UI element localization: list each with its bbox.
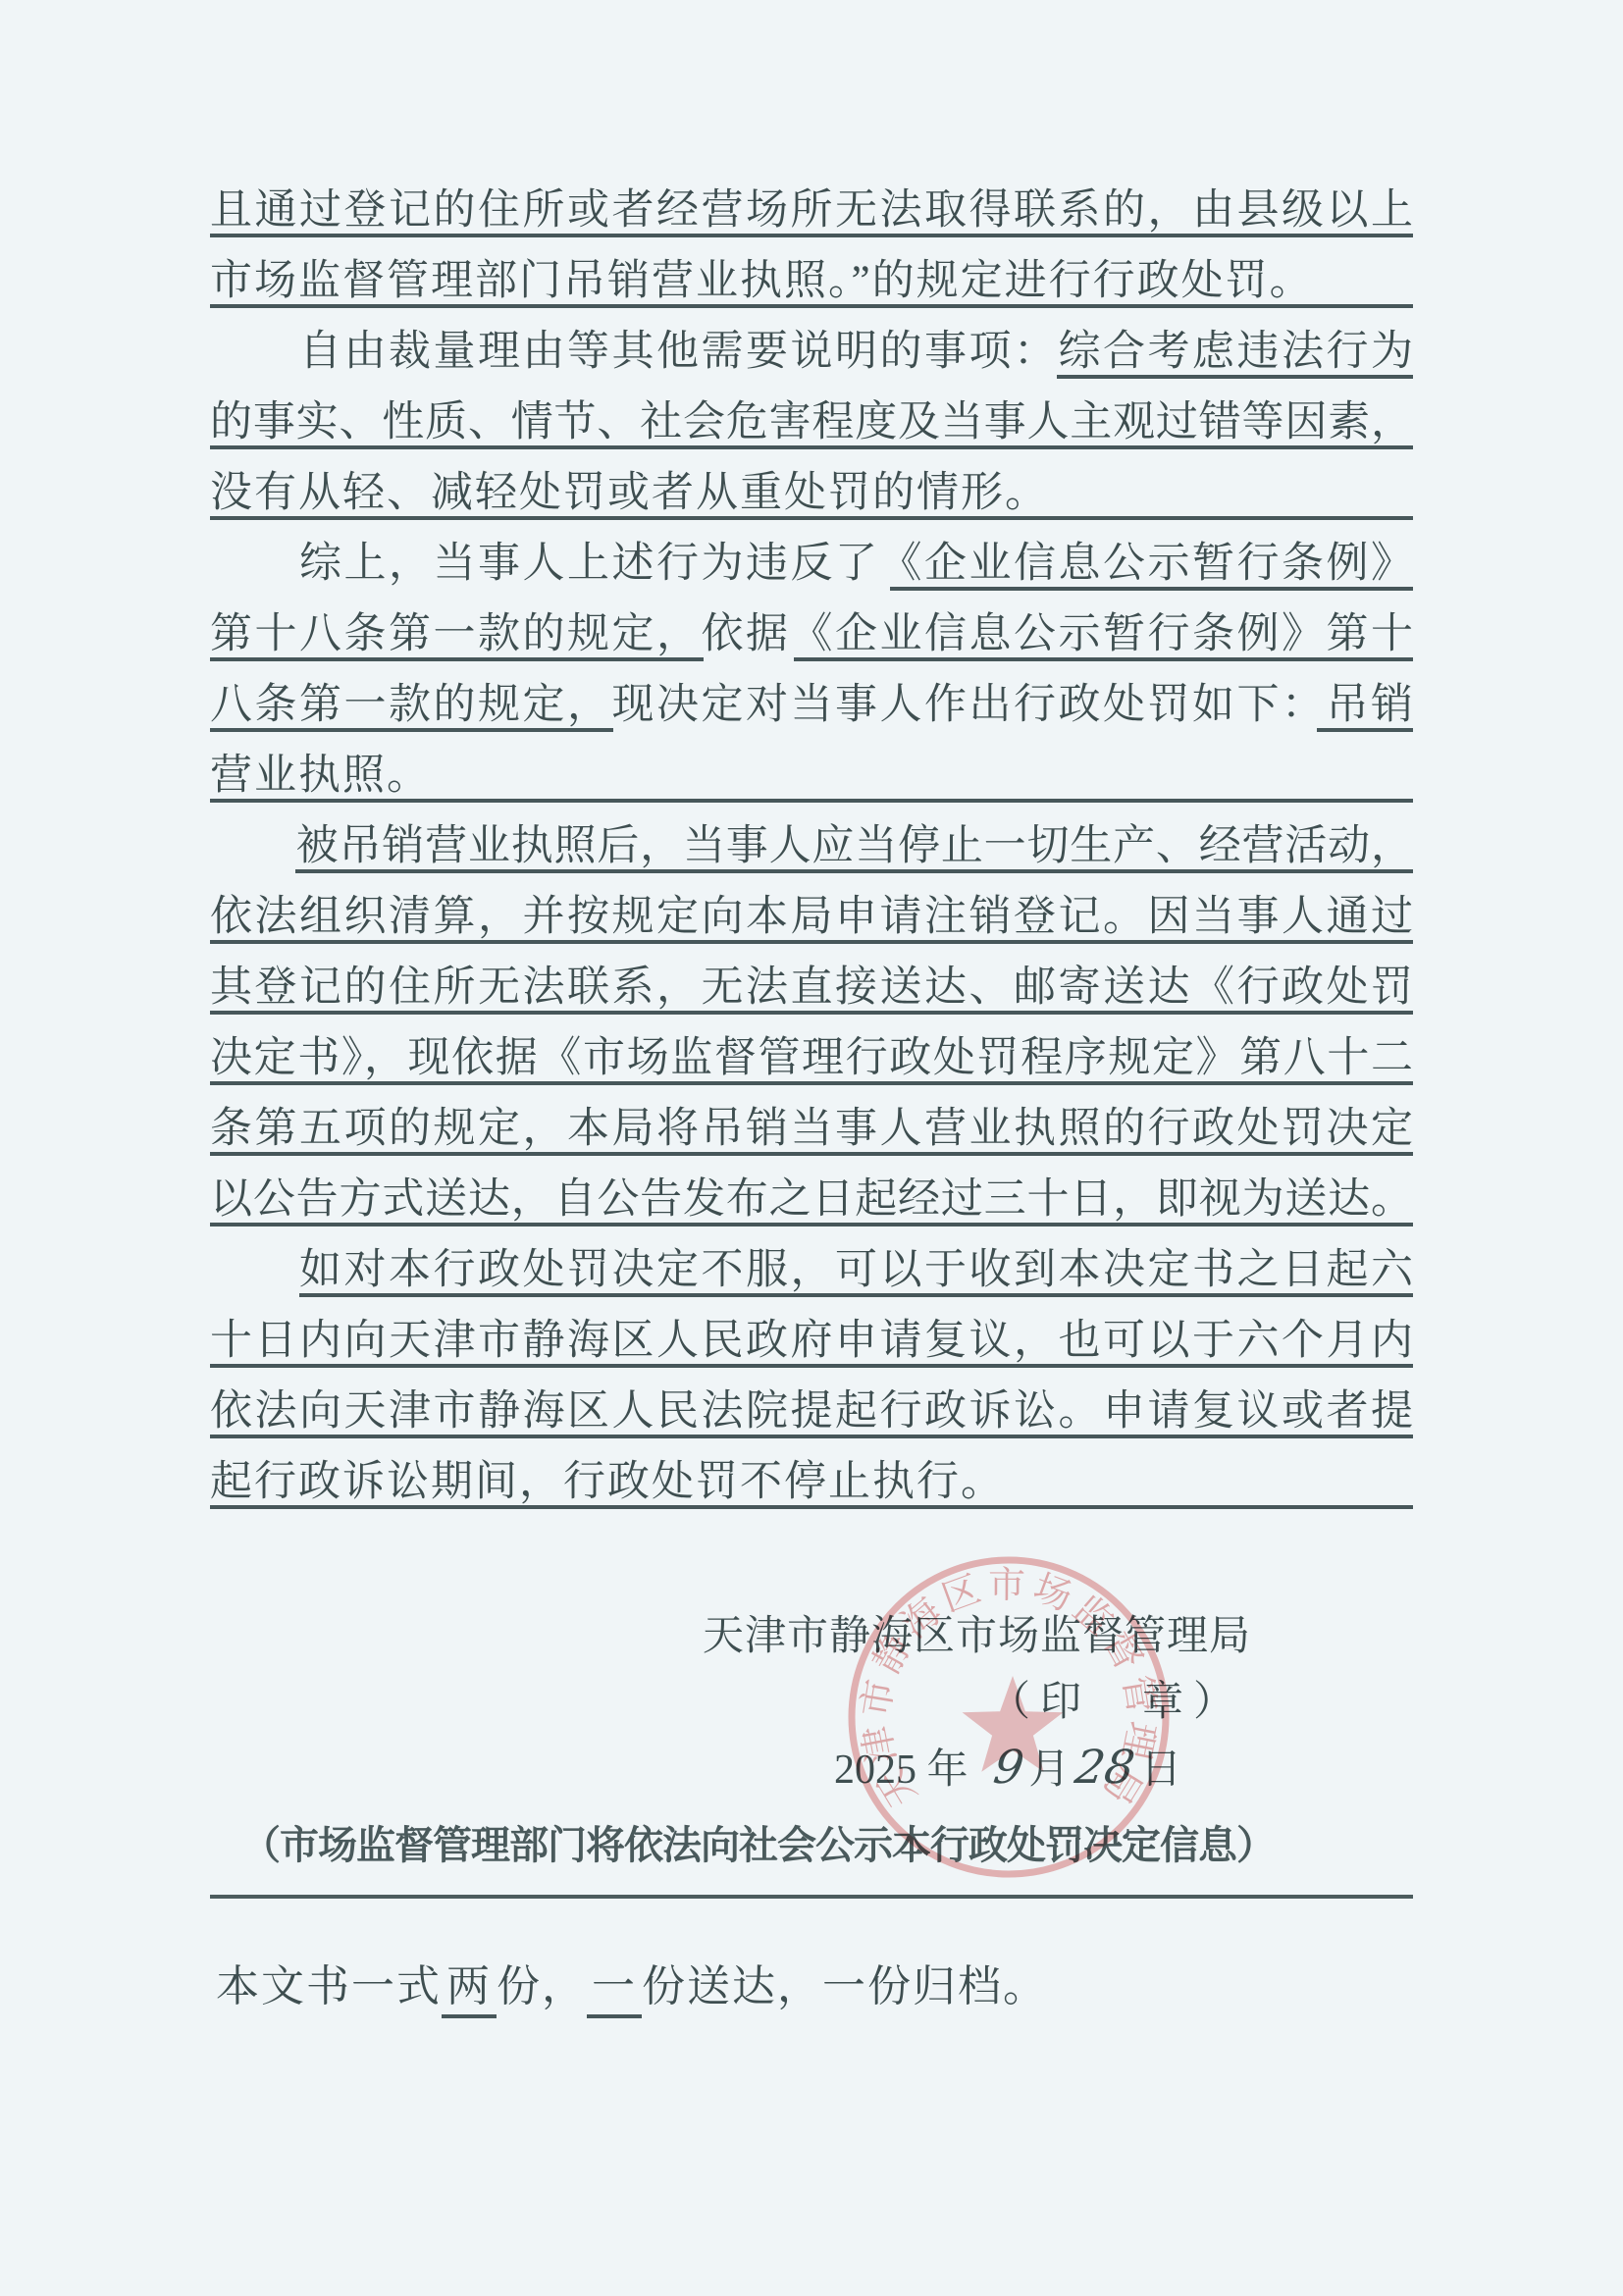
body-line: 起行政诉讼期间，行政处罚不停止执行。 — [210, 1447, 1413, 1518]
body-line-text: 第十八条第一款的规定，依据《企业信息公示暂行条例》第十 — [210, 611, 1413, 657]
body-line: 自由裁量理由等其他需要说明的事项：综合考虑违法行为 — [210, 317, 1413, 388]
date-month-handwritten: 9 — [988, 1733, 1027, 1803]
body-line-text: 被吊销营业执照后，当事人应当停止一切生产、经营活动， — [210, 823, 1413, 869]
body-line-text: 其登记的住所无法联系，无法直接送达、邮寄送达《行政处罚 — [210, 965, 1413, 1011]
scanned-penalty-decision-page: 且通过登记的住所或者经营场所无法取得联系的，由县级以上市场监督管理部门吊销营业执… — [0, 0, 1623, 2296]
divider — [210, 1895, 1413, 1899]
body-line-text: 以公告方式送达，自公告发布之日起经过三十日，即视为送达。 — [210, 1176, 1413, 1223]
fill-in-underline — [210, 234, 1413, 237]
fill-in-underline — [210, 1364, 1413, 1368]
body-line: 八条第一款的规定，现决定对当事人作出行政处罚如下：吊销 — [210, 670, 1413, 741]
date-day-handwritten: 28 — [1071, 1733, 1139, 1803]
body-line-text: 综上，当事人上述行为违反了《企业信息公示暂行条例》 — [210, 541, 1413, 587]
body-line-text: 市场监督管理部门吊销营业执照。”的规定进行行政处罚。 — [210, 258, 1314, 304]
body-line-text: 且通过登记的住所或者经营场所无法取得联系的，由县级以上 — [210, 187, 1413, 234]
fill-in-underline — [210, 940, 1413, 944]
body-line: 如对本行政处罚决定不服，可以于收到本决定书之日起六 — [210, 1235, 1413, 1306]
decision-date: 2025 年9月28日 — [834, 1733, 1181, 1803]
body-line-text: 没有从轻、减轻处罚或者从重处罚的情形。 — [210, 470, 1049, 516]
fill-in-underline — [210, 445, 1413, 449]
copies-note-text: 份， — [497, 1962, 587, 2010]
body-line-text: 依法向天津市静海区人民法院提起行政诉讼。申请复议或者提 — [210, 1388, 1413, 1435]
fill-in-underline — [210, 657, 704, 661]
fill-in-underline — [210, 799, 1413, 803]
body-line: 其登记的住所无法联系，无法直接送达、邮寄送达《行政处罚 — [210, 953, 1413, 1023]
fill-in-underline — [890, 587, 1413, 591]
copies-note-text: 本文书一式 — [216, 1962, 442, 2010]
fill-in-underline — [210, 1081, 1413, 1085]
date-year: 2025 年 — [834, 1748, 969, 1793]
date-month-unit: 月 — [1028, 1748, 1070, 1793]
body-line-text: 自由裁量理由等其他需要说明的事项：综合考虑违法行为 — [210, 329, 1413, 375]
body-line: 综上，当事人上述行为违反了《企业信息公示暂行条例》 — [210, 529, 1413, 600]
copies-note: 本文书一式两份，一份送达，一份归档。 — [216, 1952, 1048, 2022]
body-line-text: 营业执照。 — [210, 753, 431, 799]
fill-in-underline — [210, 516, 1413, 520]
fill-in-underline — [210, 1223, 1413, 1226]
fill-in-underline — [794, 657, 1413, 661]
body-line-text: 十日内向天津市静海区人民政府申请复议，也可以于六个月内 — [210, 1318, 1413, 1364]
fill-in-underline — [1057, 375, 1413, 379]
body-line: 被吊销营业执照后，当事人应当停止一切生产、经营活动， — [210, 811, 1413, 882]
date-day-unit: 日 — [1140, 1748, 1181, 1793]
body-line-text: 的事实、性质、情节、社会危害程度及当事人主观过错等因素， — [210, 399, 1413, 445]
fill-in-underline — [210, 304, 1413, 308]
body-line: 没有从轻、减轻处罚或者从重处罚的情形。 — [210, 458, 1413, 529]
fill-in-underline — [295, 869, 1413, 873]
body-line-text: 依法组织清算，并按规定向本局申请注销登记。因当事人通过 — [210, 894, 1413, 940]
fill-in-underline — [299, 1293, 1413, 1297]
body-line: 决定书》，现依据《市场监督管理行政处罚程序规定》第八十二 — [210, 1023, 1413, 1094]
body-line-text: 如对本行政处罚决定不服，可以于收到本决定书之日起六 — [210, 1247, 1413, 1293]
body-line: 依法向天津市静海区人民法院提起行政诉讼。申请复议或者提 — [210, 1377, 1413, 1447]
fill-in-underline — [1317, 728, 1413, 732]
seal-placeholder-label: （印 章） — [989, 1667, 1244, 1738]
body-line-text: 八条第一款的规定，现决定对当事人作出行政处罚如下：吊销 — [210, 682, 1413, 728]
body-line: 以公告方式送达，自公告发布之日起经过三十日，即视为送达。 — [210, 1165, 1413, 1235]
body-line: 依法组织清算，并按规定向本局申请注销登记。因当事人通过 — [210, 882, 1413, 953]
fill-in-underline — [210, 1011, 1413, 1015]
body-line: 且通过登记的住所或者经营场所无法取得联系的，由县级以上 — [210, 176, 1413, 246]
public-disclosure-note: （市场监督管理部门将依法向社会公示本行政处罚决定信息） — [241, 1810, 1275, 1881]
handwritten-blank-value: 一 — [587, 1962, 642, 2018]
fill-in-underline — [210, 1505, 1413, 1509]
handwritten-blank-value: 两 — [442, 1962, 497, 2018]
body-line: 十日内向天津市静海区人民政府申请复议，也可以于六个月内 — [210, 1306, 1413, 1377]
body-line-text: 条第五项的规定，本局将吊销当事人营业执照的行政处罚决定 — [210, 1106, 1413, 1152]
copies-note-text: 份送达，一份归档。 — [642, 1962, 1048, 2010]
fill-in-underline — [210, 1435, 1413, 1438]
issuing-agency: 天津市静海区市场监督管理局 — [703, 1601, 1251, 1672]
body-line: 条第五项的规定，本局将吊销当事人营业执照的行政处罚决定 — [210, 1094, 1413, 1165]
body-line-text: 起行政诉讼期间，行政处罚不停止执行。 — [210, 1459, 1005, 1505]
fill-in-underline — [210, 728, 613, 732]
body-lines: 且通过登记的住所或者经营场所无法取得联系的，由县级以上市场监督管理部门吊销营业执… — [210, 176, 1413, 1518]
body-line: 的事实、性质、情节、社会危害程度及当事人主观过错等因素， — [210, 388, 1413, 458]
fill-in-underline — [210, 1152, 1413, 1156]
body-line: 市场监督管理部门吊销营业执照。”的规定进行行政处罚。 — [210, 246, 1413, 317]
body-line-text: 决定书》，现依据《市场监督管理行政处罚程序规定》第八十二 — [210, 1035, 1413, 1081]
body-line: 营业执照。 — [210, 741, 1413, 811]
body-line: 第十八条第一款的规定，依据《企业信息公示暂行条例》第十 — [210, 600, 1413, 670]
